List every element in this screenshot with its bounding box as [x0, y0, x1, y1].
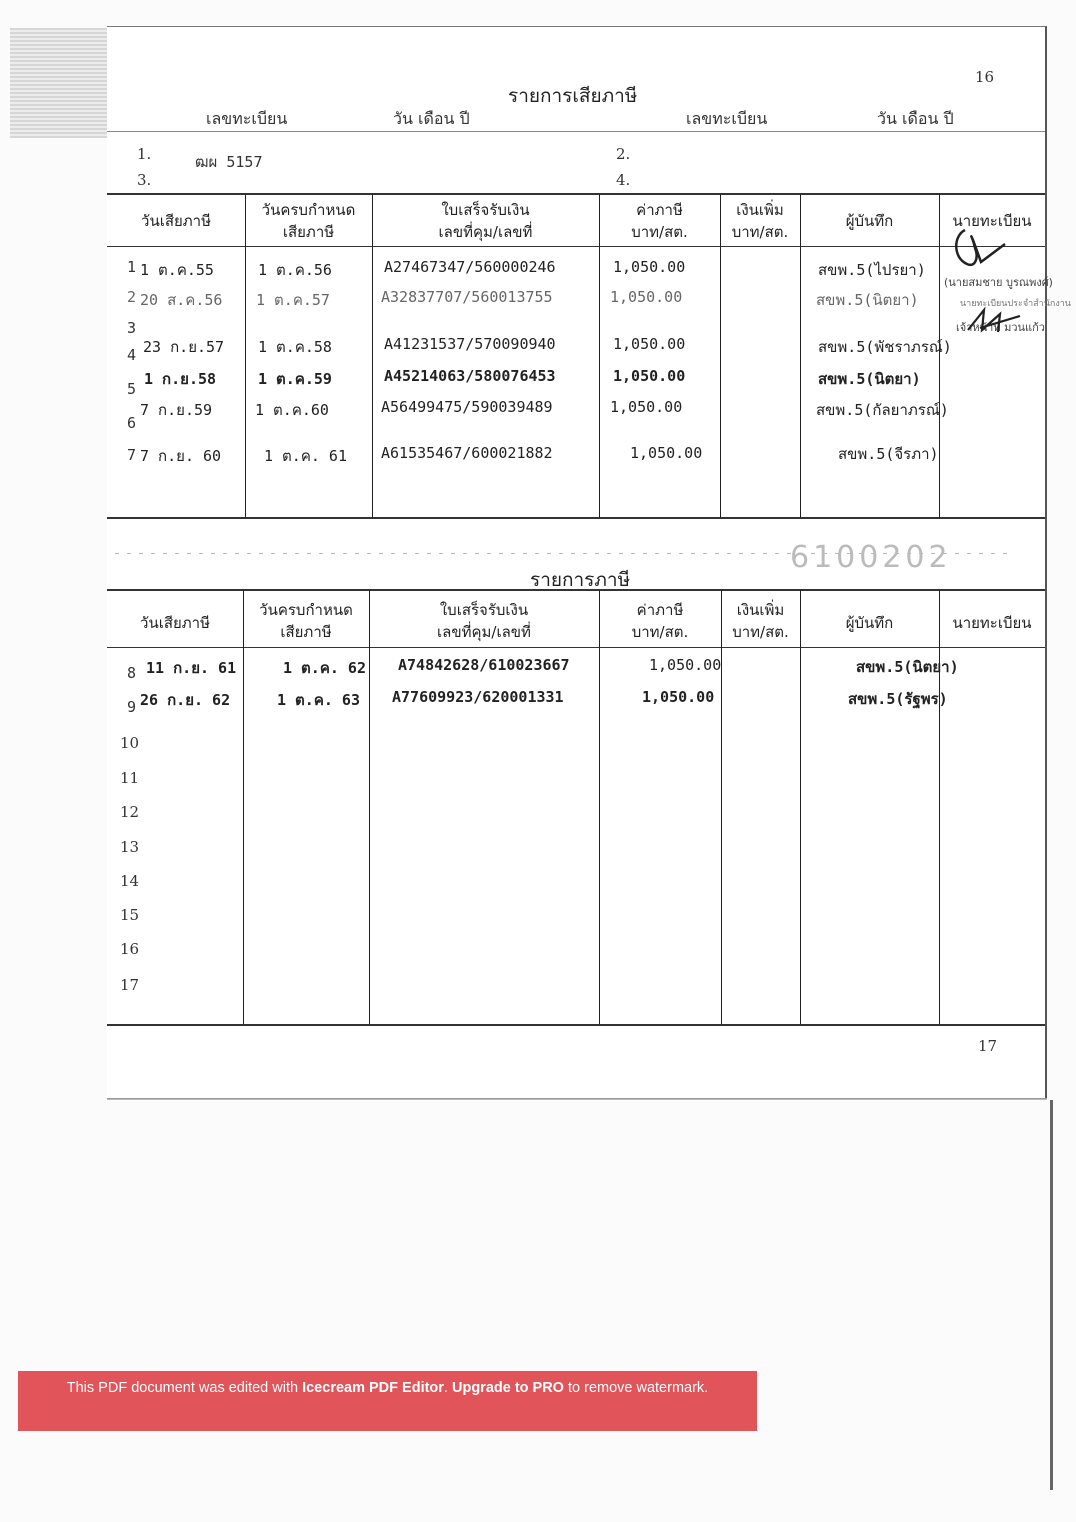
row-number: 3 [127, 319, 136, 337]
recorder: สขพ.5(นิตยา) [816, 288, 919, 312]
row-number: 16 [120, 940, 139, 958]
paid-date: 20 ส.ค.56 [140, 288, 222, 312]
col-header-due-date: วันครบกำหนดเสียภาษี [243, 599, 369, 643]
col-header-line: เสียภาษี [245, 221, 372, 243]
recorder: สขพ.5(นิตยา) [818, 367, 921, 391]
due-date: 1 ต.ค. 63 [277, 688, 360, 712]
reg-number-label-left: เลขทะเบียน [206, 107, 287, 132]
ghost-scan-number: 6100202 [790, 540, 952, 575]
col-header-line: บาท/สต. [720, 221, 800, 243]
receipt-number: A27467347/560000246 [384, 258, 556, 276]
row-number: 2 [127, 288, 136, 306]
table-border [107, 517, 1045, 519]
column-divider [243, 590, 244, 1024]
table-border [107, 1024, 1045, 1026]
paid-date: 1 ต.ค.55 [140, 258, 214, 282]
row-number: 5 [127, 380, 136, 398]
row-number: 10 [120, 734, 139, 752]
col-header-line: เลขที่คุม/เลขที่ [369, 621, 599, 643]
due-date: 1 ต.ค.58 [258, 335, 332, 359]
row-number: 15 [120, 906, 139, 924]
col-header-line: เลขที่คุม/เลขที่ [372, 221, 599, 243]
reg-entry-no: 4. [616, 171, 630, 189]
page-number-bottom: 17 [978, 1037, 997, 1055]
page-number-top: 16 [975, 68, 994, 86]
paid-date: 7 ก.ย. 60 [140, 444, 221, 468]
receipt-number: A56499475/590039489 [381, 398, 553, 416]
due-date: 1 ต.ค.59 [258, 367, 332, 391]
reg-entry-value: ฒผ 5157 [195, 150, 263, 174]
col-header-receipt: ใบเสร็จรับเงินเลขที่คุม/เลขที่ [372, 199, 599, 243]
col-header-line: ใบเสร็จรับเงิน [369, 599, 599, 621]
upgrade-link[interactable]: Upgrade to PRO [452, 1380, 564, 1396]
watermark-brand: Icecream PDF Editor [302, 1380, 444, 1396]
receipt-number: A32837707/560013755 [381, 288, 553, 306]
tax-amount: 1,050.00 [610, 288, 682, 306]
column-divider [800, 590, 801, 1024]
row-number: 17 [120, 976, 139, 994]
col-header-line: ค่าภาษี [599, 599, 721, 621]
date-label-left: วัน เดือน ปี [393, 107, 470, 132]
column-divider [369, 590, 370, 1024]
receipt-number: A41231537/570090940 [384, 335, 556, 353]
col-header-tax: ค่าภาษีบาท/สต. [599, 599, 721, 643]
paid-date: 11 ก.ย. 61 [146, 656, 236, 680]
due-date: 1 ต.ค.56 [258, 258, 332, 282]
col-header-line: เงินเพิ่ม [720, 199, 800, 221]
col-header-tax: ค่าภาษีบาท/สต. [599, 199, 720, 243]
paid-date: 1 ก.ย.58 [144, 367, 216, 391]
receipt-number: A61535467/600021882 [381, 444, 553, 462]
row-number: 1 [127, 258, 136, 276]
watermark-banner[interactable]: This PDF document was edited with Icecre… [18, 1371, 757, 1431]
recorder: สขพ.5(จีรภา) [838, 442, 939, 466]
row-number: 12 [120, 803, 139, 821]
col-header-line: บาท/สต. [599, 221, 720, 243]
col-header-line: เงินเพิ่ม [721, 599, 800, 621]
receipt-number: A77609923/620001331 [392, 688, 564, 706]
recorder: สขพ.5(นิตยา) [856, 655, 959, 679]
watermark-suffix: to remove watermark. [564, 1380, 708, 1396]
col-header-surcharge: เงินเพิ่มบาท/สต. [720, 199, 800, 243]
signature-icon [945, 222, 1015, 272]
tax-amount: 1,050.00 [649, 656, 721, 674]
table-border [107, 589, 1045, 591]
col-header-paid-date: วันเสียภาษี [107, 210, 245, 232]
signature-icon [960, 300, 1030, 340]
divider [107, 131, 1045, 132]
col-header-line: วันครบกำหนด [245, 199, 372, 221]
date-label-right: วัน เดือน ปี [877, 107, 954, 132]
col-header-registrar: นายทะเบียน [939, 612, 1045, 634]
watermark-prefix: This PDF document was edited with [67, 1380, 302, 1396]
tax-amount: 1,050.00 [642, 688, 714, 706]
due-date: 1 ต.ค. 62 [283, 656, 366, 680]
due-date: 1 ต.ค.60 [255, 398, 329, 422]
table-border [107, 246, 1045, 247]
column-divider [599, 590, 600, 1024]
table-border [107, 647, 1045, 648]
scan-edge-right [1050, 1100, 1053, 1490]
reg-entry-no: 3. [137, 171, 151, 189]
recorder: สขพ.5(พัชราภรณ์) [818, 335, 952, 359]
reg-number-label-right: เลขทะเบียน [686, 107, 767, 132]
paid-date: 26 ก.ย. 62 [140, 688, 230, 712]
paid-date: 7 ก.ย.59 [140, 398, 212, 422]
row-number: 11 [120, 769, 139, 787]
tax-amount: 1,050.00 [613, 335, 685, 353]
watermark-middle: . [444, 1380, 452, 1396]
col-header-recorder: ผู้บันทึก [800, 612, 939, 634]
col-header-line: ใบเสร็จรับเงิน [372, 199, 599, 221]
col-header-surcharge: เงินเพิ่มบาท/สต. [721, 599, 800, 643]
col-header-line: วันครบกำหนด [243, 599, 369, 621]
scan-artifact [115, 553, 1015, 554]
row-number: 4 [127, 346, 136, 364]
paid-date: 23 ก.ย.57 [143, 335, 224, 359]
row-number: 13 [120, 838, 139, 856]
col-header-line: บาท/สต. [721, 621, 800, 643]
page-edge [107, 1098, 1047, 1099]
recorder: สขพ.5(ไปรยา) [818, 258, 926, 282]
row-number: 8 [127, 664, 136, 682]
col-header-paid-date: วันเสียภาษี [107, 612, 243, 634]
row-number: 9 [127, 698, 136, 716]
tax-amount: 1,050.00 [610, 398, 682, 416]
col-header-line: ค่าภาษี [599, 199, 720, 221]
reg-entry-no: 1. [137, 145, 151, 163]
registrar-stamp-name: (นายสมชาย บูรณพงศ์) [944, 273, 1053, 291]
col-header-due-date: วันครบกำหนดเสียภาษี [245, 199, 372, 243]
recorder: สขพ.5(รัฐพร) [848, 687, 948, 711]
row-number: 7 [127, 446, 136, 464]
col-header-recorder: ผู้บันทึก [800, 210, 939, 232]
column-divider [800, 194, 801, 518]
tax-amount: 1,050.00 [630, 444, 702, 462]
due-date: 1 ต.ค. 61 [264, 444, 347, 468]
reg-entry-no: 2. [616, 145, 630, 163]
col-header-receipt: ใบเสร็จรับเงินเลขที่คุม/เลขที่ [369, 599, 599, 643]
recorder: สขพ.5(กัลยาภรณ์) [816, 398, 949, 422]
col-header-line: บาท/สต. [599, 621, 721, 643]
receipt-number: A74842628/610023667 [398, 656, 570, 674]
tax-amount: 1,050.00 [613, 258, 685, 276]
receipt-number: A45214063/580076453 [384, 367, 556, 385]
col-header-line: เสียภาษี [243, 621, 369, 643]
row-number: 6 [127, 414, 136, 432]
due-date: 1 ต.ค.57 [256, 288, 330, 312]
table-border [107, 193, 1045, 195]
section-title-tax-payments: รายการเสียภาษี [508, 81, 637, 111]
row-number: 14 [120, 872, 139, 890]
scan-edge [10, 28, 108, 138]
tax-amount: 1,050.00 [613, 367, 685, 385]
